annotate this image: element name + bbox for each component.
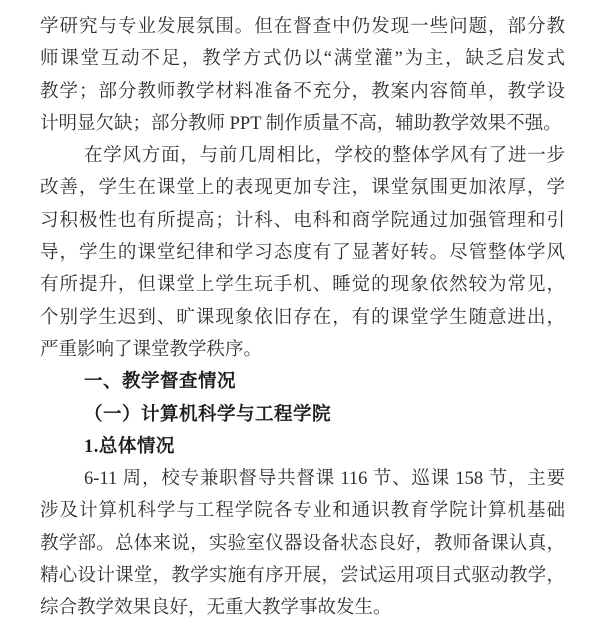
body-line: 精心设计课堂，教学实施有序开展，尝试运用项目式驱动教学， xyxy=(40,560,565,592)
body-line: 涉及计算机科学与工程学院各专业和通识教育学院计算机基础 xyxy=(40,495,565,527)
body-line: 习积极性也有所提高；计科、电科和商学院通过加强管理和引 xyxy=(40,205,565,237)
body-line: 在学风方面，与前几周相比，学校的整体学风有了进一步 xyxy=(40,140,565,172)
body-line: 6-11 周，校专兼职督导共督课 116 节、巡课 158 节，主要 xyxy=(40,463,565,495)
section-heading: 一、教学督查情况 xyxy=(40,366,565,398)
body-line: 改善，学生在课堂上的表现更加专注，课堂氛围更加浓厚，学 xyxy=(40,172,565,204)
subsection-heading: （一）计算机科学与工程学院 xyxy=(40,399,565,431)
body-line: 综合教学效果良好，无重大教学事故发生。 xyxy=(40,592,565,624)
body-line: 计明显欠缺；部分教师 PPT 制作质量不高，辅助教学效果不强。 xyxy=(40,108,565,140)
body-line: 个别学生迟到、旷课现象依旧存在，有的课堂学生随意进出， xyxy=(40,302,565,334)
body-line: 教学；部分教师教学材料准备不充分，教案内容简单，教学设 xyxy=(40,76,565,108)
document-page: 学研究与专业发展氛围。但在督查中仍发现一些问题，部分教 师课堂互动不足，教学方式… xyxy=(0,0,600,635)
body-line: 学研究与专业发展氛围。但在督查中仍发现一些问题，部分教 xyxy=(40,11,565,43)
body-line: 师课堂互动不足，教学方式仍以“满堂灌”为主，缺乏启发式 xyxy=(40,43,565,75)
body-line: 教学部。总体来说，实验室仪器设备状态良好，教师备课认真， xyxy=(40,528,565,560)
body-line: 严重影响了课堂教学秩序。 xyxy=(40,334,565,366)
body-line: 有所提升，但课堂上学生玩手机、睡觉的现象依然较为常见， xyxy=(40,269,565,301)
sub-subsection-heading: 1.总体情况 xyxy=(40,431,565,463)
body-line: 导，学生的课堂纪律和学习态度有了显著好转。尽管整体学风 xyxy=(40,237,565,269)
